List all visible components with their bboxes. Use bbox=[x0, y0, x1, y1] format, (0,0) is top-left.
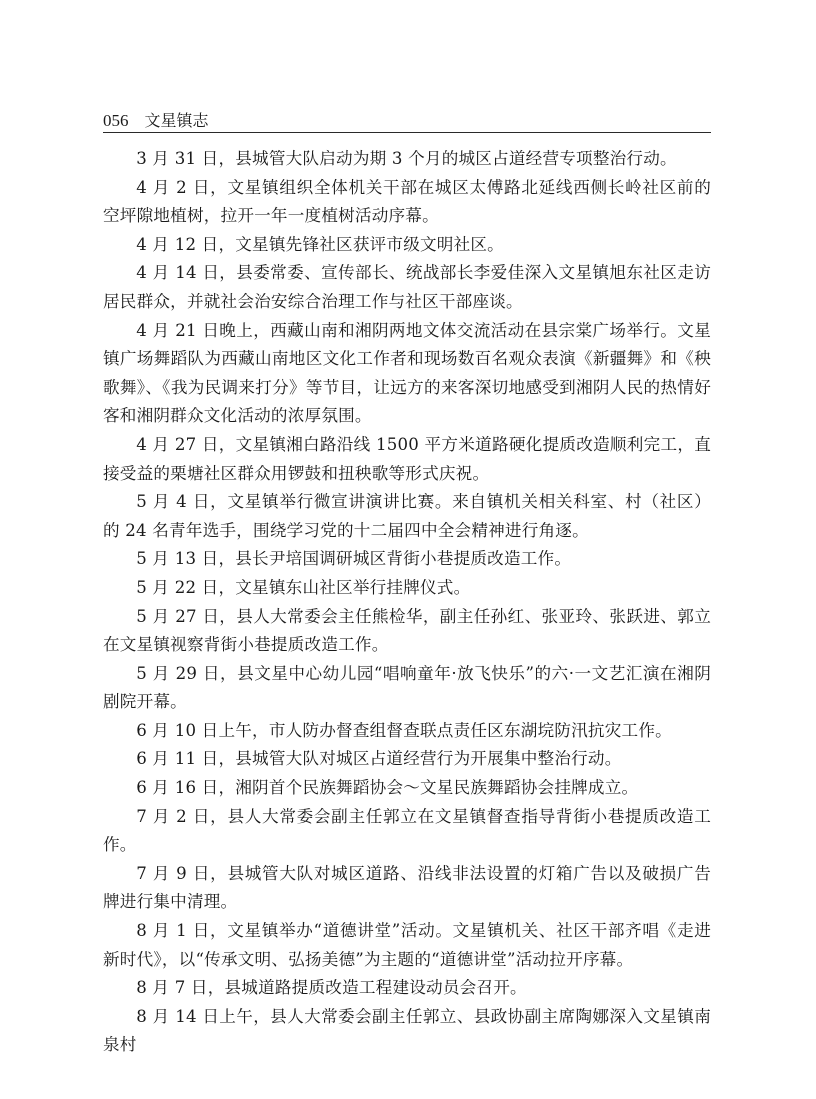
chronicle-body: 3 月 31 日，县城管大队启动为期 3 个月的城区占道经营专项整治行动。 4 … bbox=[103, 145, 711, 1060]
chronicle-entry: 4 月 27 日，文星镇湘白路沿线 1500 平方米道路硬化提质改造顺利完工，直… bbox=[103, 431, 711, 488]
chronicle-entry: 4 月 14 日，县委常委、宣传部长、统战部长李爱佳深入文星镇旭东社区走访居民群… bbox=[103, 259, 711, 316]
chronicle-entry: 6 月 16 日，湘阴首个民族舞蹈协会～文星民族舞蹈协会挂牌成立。 bbox=[103, 774, 711, 803]
book-title: 文星镇志 bbox=[145, 111, 209, 131]
chronicle-entry: 4 月 2 日，文星镇组织全体机关干部在城区太傅路北延线西侧长岭社区前的空坪隙地… bbox=[103, 174, 711, 231]
chronicle-entry: 6 月 10 日上午，市人防办督查组督查联点责任区东湖垸防汛抗灾工作。 bbox=[103, 717, 711, 746]
chronicle-entry: 5 月 27 日，县人大常委会主任熊检华，副主任孙红、张亚玲、张跃进、郭立在文星… bbox=[103, 603, 711, 660]
chronicle-entry: 6 月 11 日，县城管大队对城区占道经营行为开展集中整治行动。 bbox=[103, 745, 711, 774]
chronicle-entry: 5 月 4 日，文星镇举行微宣讲演讲比赛。来自镇机关相关科室、村（社区）的 24… bbox=[103, 488, 711, 545]
chronicle-entry: 5 月 13 日，县长尹培国调研城区背街小巷提质改造工作。 bbox=[103, 545, 711, 574]
chronicle-entry: 8 月 7 日，县城道路提质改造工程建设动员会召开。 bbox=[103, 974, 711, 1003]
chronicle-entry: 7 月 2 日，县人大常委会副主任郭立在文星镇督查指导背街小巷提质改造工作。 bbox=[103, 803, 711, 860]
chronicle-entry: 8 月 1 日，文星镇举办“道德讲堂”活动。文星镇机关、社区干部齐唱《走进新时代… bbox=[103, 917, 711, 974]
chronicle-entry: 7 月 9 日，县城管大队对城区道路、沿线非法设置的灯箱广告以及破损广告牌进行集… bbox=[103, 860, 711, 917]
chronicle-entry: 8 月 14 日上午，县人大常委会副主任郭立、县政协副主席陶娜深入文星镇南泉村 bbox=[103, 1003, 711, 1060]
running-header: 056 文星镇志 bbox=[103, 110, 711, 133]
chronicle-entry: 5 月 22 日，文星镇东山社区举行挂牌仪式。 bbox=[103, 574, 711, 603]
chronicle-entry: 5 月 29 日，县文星中心幼儿园“唱响童年·放飞快乐”的六·一文艺汇演在湘阴剧… bbox=[103, 660, 711, 717]
chronicle-entry: 4 月 12 日，文星镇先锋社区获评市级文明社区。 bbox=[103, 231, 711, 260]
chronicle-entry: 4 月 21 日晚上，西藏山南和湘阴两地文体交流活动在县宗棠广场举行。文星镇广场… bbox=[103, 317, 711, 431]
book-page: 056 文星镇志 3 月 31 日，县城管大队启动为期 3 个月的城区占道经营专… bbox=[103, 110, 711, 1060]
chronicle-entry: 3 月 31 日，县城管大队启动为期 3 个月的城区占道经营专项整治行动。 bbox=[103, 145, 711, 174]
page-number: 056 bbox=[103, 111, 129, 131]
